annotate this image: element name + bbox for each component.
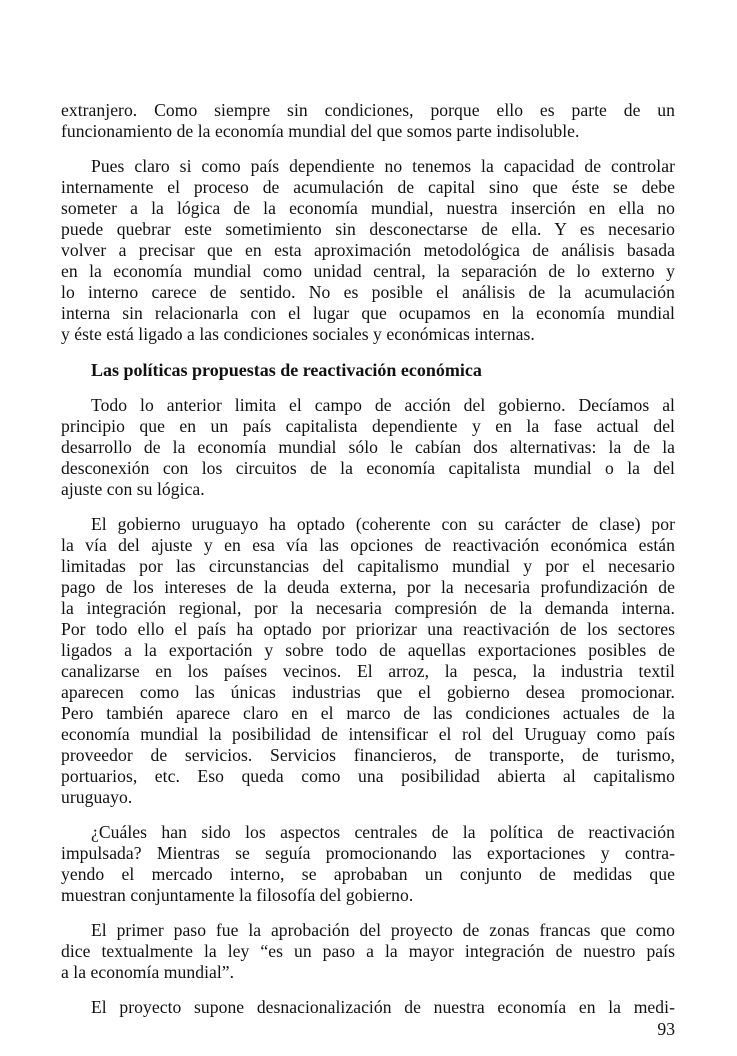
paragraph-5: ¿Cuáles han sido los aspectos centrales … [61,822,675,906]
text-line: dice textualmente la ley “es un paso a l… [61,941,675,962]
text-line: aparecen como las únicas industrias que … [61,682,675,703]
text-line: la vía del ajuste y en esa vía las opcio… [61,535,675,556]
paragraph-3: Todo lo anterior limita el campo de acci… [61,395,675,500]
text-line: canalizarse en los países vecinos. El ar… [61,661,675,682]
text-line: principio que en un país capitalista dep… [61,416,675,437]
text-line: desarrollo de la economía mundial sólo l… [61,437,675,458]
text-line: Por todo ello el país ha optado por prio… [61,619,675,640]
text-line: volver a precisar que en esta aproximaci… [61,240,675,261]
text-line: en la economía mundial como unidad centr… [61,261,675,282]
text-line: Todo lo anterior limita el campo de acci… [61,395,675,416]
text-line: lo interno carece de sentido. No es posi… [61,282,675,303]
paragraph-1: extranjero. Como siempre sin condiciones… [61,100,675,142]
text-line: la integración regional, por la necesari… [61,598,675,619]
text-line: muestran conjuntamente la filosofía del … [61,885,675,906]
text-line: El proyecto supone desnacionalización de… [61,997,675,1018]
text-line: funcionamiento de la economía mundial de… [61,121,675,142]
text-line: limitadas por las circunstancias del cap… [61,556,675,577]
paragraph-4: El gobierno uruguayo ha optado (coherent… [61,514,675,808]
paragraph-6: El primer paso fue la aprobación del pro… [61,920,675,983]
text-line: ajuste con su lógica. [61,479,675,500]
text-line: El primer paso fue la aprobación del pro… [61,920,675,941]
section-heading: Las políticas propuestas de reactivación… [61,359,675,381]
text-line: a la economía mundial”. [61,962,675,983]
text-line: El gobierno uruguayo ha optado (coherent… [61,514,675,535]
text-line: interna sin relacionarla con el lugar qu… [61,303,675,324]
paragraph-7: El proyecto supone desnacionalización de… [61,997,675,1018]
text-line: portuarios, etc. Eso queda como una posi… [61,766,675,787]
text-line: impulsada? Mientras se seguía promociona… [61,843,675,864]
text-line: someter a la lógica de la economía mundi… [61,198,675,219]
text-line: y éste está ligado a las condiciones soc… [61,324,675,345]
text-line: proveedor de servicios. Servicios financ… [61,745,675,766]
paragraph-2: Pues claro si como país dependiente no t… [61,156,675,345]
text-line: uruguayo. [61,787,675,808]
text-line: extranjero. Como siempre sin condiciones… [61,100,675,121]
text-line: desconexión con los circuitos de la econ… [61,458,675,479]
text-line: yendo el mercado interno, se aprobaban u… [61,864,675,885]
text-line: pago de los intereses de la deuda extern… [61,577,675,598]
text-line: ligados a la exportación y sobre todo de… [61,640,675,661]
text-line: Pues claro si como país dependiente no t… [61,156,675,177]
page-number: 93 [61,1019,675,1040]
document-page: extranjero. Como siempre sin condiciones… [61,100,675,1040]
text-line: puede quebrar este sometimiento sin desc… [61,219,675,240]
text-line: Pero también aparece claro en el marco d… [61,703,675,724]
text-line: internamente el proceso de acumulación d… [61,177,675,198]
text-line: ¿Cuáles han sido los aspectos centrales … [61,822,675,843]
text-line: economía mundial la posibilidad de inten… [61,724,675,745]
